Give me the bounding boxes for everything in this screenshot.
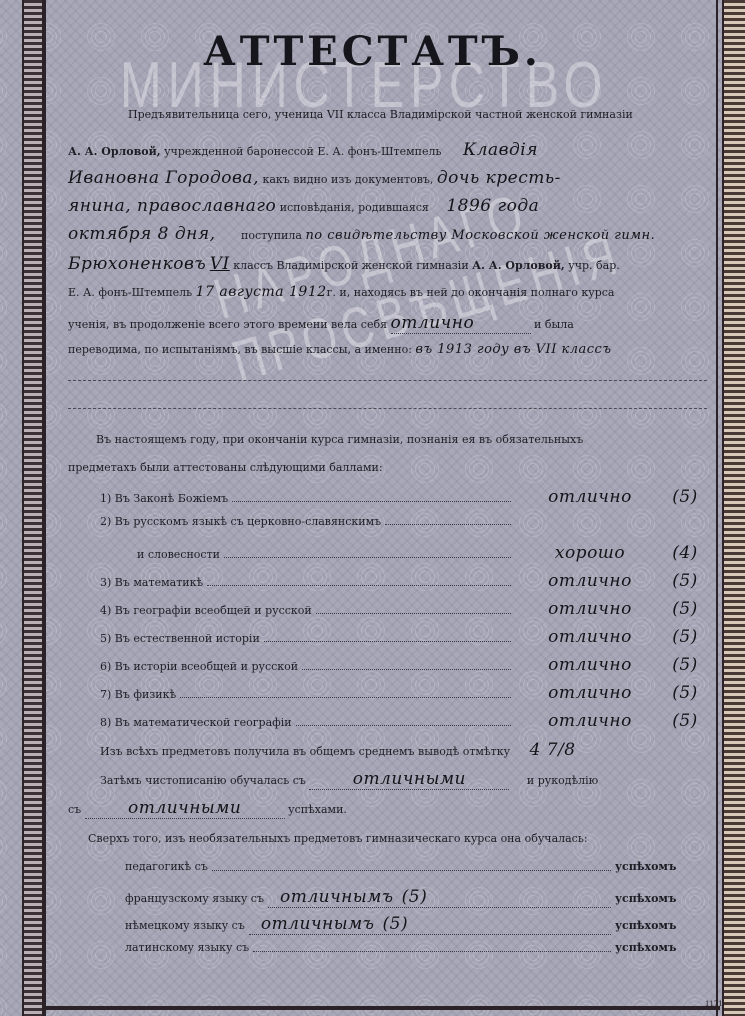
school-founder-2: А. А. Орловой,: [472, 259, 565, 272]
subject-row: 7) Въ физикѣ отлично (5): [100, 683, 705, 703]
optional-value: отличнымъ: [261, 914, 375, 934]
serial-mark: 1171: [705, 1000, 723, 1008]
dotted-leader: [224, 557, 511, 558]
subject-row: 4) Въ географіи всеобщей и русской отлич…: [100, 599, 705, 619]
optional-suffix: успѣхомъ: [615, 860, 675, 873]
grade-score: (5): [665, 683, 705, 703]
dotted-leader: [385, 524, 511, 525]
optional-row: педагогикѣ съ успѣхомъ: [125, 860, 675, 873]
optional-score: (5): [383, 914, 409, 934]
subject-label: 7) Въ физикѣ: [100, 688, 176, 701]
optional-suffix: успѣхомъ: [615, 892, 675, 905]
handicraft-label: и рукодѣлію: [527, 774, 598, 787]
dotted-leader: [207, 585, 511, 586]
school-founder: А. А. Орловой,: [68, 145, 161, 158]
dotted-leader: [316, 613, 511, 614]
blank-rule-1: [68, 380, 707, 381]
optional-label: педагогикѣ съ: [125, 860, 208, 873]
subject-row: 2) Въ русскомъ языкѣ съ церковно-славянс…: [100, 515, 705, 528]
successes-label: успѣхами.: [288, 803, 347, 816]
student-surname: Ивановна Городова,: [68, 168, 259, 188]
dotted-leader: [232, 501, 511, 502]
founder-name: Е. А. фонъ-Штемпель: [68, 286, 192, 299]
promotion-text: переводима, по испытаніямъ, въ высшіе кл…: [68, 343, 412, 356]
grade-word: отлично: [515, 711, 665, 731]
optional-intro: Сверхъ того, изъ необязательныхъ предмет…: [88, 832, 709, 845]
intro-line-6: Брюхоненковъ VI классъ Владимірской женс…: [68, 254, 709, 274]
exams-intro-2: предметахъ были аттестованы слѣдующими б…: [68, 461, 709, 474]
optional-suffix: успѣхомъ: [615, 941, 675, 954]
optional-row: латинскому языку съ успѣхомъ: [125, 941, 675, 954]
birth-day: октября 8 дня,: [68, 224, 216, 244]
subject-label: 5) Въ естественной исторіи: [100, 632, 260, 645]
intro-line-5: октября 8 дня, поступила по свидѣтельств…: [68, 224, 709, 244]
document-title: АТТЕСТАТЪ.: [0, 28, 745, 75]
subject-label: 1) Въ Законѣ Божіемъ: [100, 492, 228, 505]
class-text: классъ Владимірской женской гимназіи: [233, 259, 468, 272]
average-label: Изъ всѣхъ предметовъ получила въ общемъ …: [100, 745, 510, 758]
was-text: и была: [534, 318, 574, 331]
ornamental-border-right: [722, 0, 745, 1016]
intro-text: Предъявительница сего, ученица VII класс…: [128, 108, 633, 121]
intro-line-3: Ивановна Городова, какъ видно изъ докуме…: [68, 168, 709, 188]
dotted-leader: [180, 697, 511, 698]
average-value: 4 7/8: [530, 740, 576, 760]
grade-word: отлично: [515, 683, 665, 703]
grade-score: (5): [665, 487, 705, 507]
conduct-text: ученія, въ продолженіе всего этого време…: [68, 318, 387, 331]
admission-date: 17 августа 1912: [196, 284, 327, 300]
calligraphy-line-2: съ отличными успѣхами.: [68, 798, 709, 819]
grade-word: отлично: [515, 655, 665, 675]
subject-label: 6) Въ исторіи всеобщей и русской: [100, 660, 298, 673]
dotted-leader: [212, 870, 611, 871]
subject-label: 2) Въ русскомъ языкѣ съ церковно-славянс…: [100, 515, 381, 528]
ornamental-border-left: [22, 0, 44, 1016]
handicraft-value: отличными: [85, 798, 285, 819]
religion-text: исповѣданія, родившаяся: [280, 201, 429, 214]
promotion-value: въ 1913 году въ VII классъ: [415, 342, 611, 357]
subject-label: и словесности: [137, 548, 220, 561]
intro-line-8: ученія, въ продолженіе всего этого време…: [68, 313, 709, 334]
conduct-value: отлично: [391, 313, 531, 334]
calligraphy-value: отличными: [309, 769, 509, 790]
border-rule-right: [716, 0, 718, 1016]
enrolled-text: поступила: [241, 229, 302, 242]
optional-row: французскому языку съ отличнымъ (5) успѣ…: [125, 887, 675, 908]
intro-line-9: переводима, по испытаніямъ, въ высшіе кл…: [68, 342, 709, 357]
intro-line-2: А. А. Орловой, учрежденной баронессой Е.…: [68, 140, 709, 160]
subject-row: 8) Въ математической географіи отлично (…: [100, 711, 705, 731]
exams-intro-1: Въ настоящемъ году, при окончаніи курса …: [96, 433, 709, 446]
grade-score: (5): [665, 711, 705, 731]
subject-row: 5) Въ естественной исторіи отлично (5): [100, 627, 705, 647]
optional-value: отличнымъ: [280, 887, 394, 907]
admission-basis: по свидѣтельству Московской женской гимн…: [305, 228, 655, 243]
dotted-leader: отличнымъ (5): [249, 914, 611, 935]
optional-label: французскому языку съ: [125, 892, 264, 905]
grade-score: (4): [665, 543, 705, 563]
founder-abbrev: учр. бар.: [568, 259, 620, 272]
dotted-leader: [264, 641, 511, 642]
founder-text: учрежденной баронессой Е. А. фонъ-Штемпе…: [164, 145, 441, 158]
grade-word: хорошо: [515, 543, 665, 563]
origin-handwritten-a: дочь кресть-: [437, 168, 561, 188]
origin-handwritten-b: янина, православнаго: [68, 196, 276, 216]
optional-suffix: успѣхомъ: [615, 919, 675, 932]
dotted-leader: отличнымъ (5): [268, 887, 611, 908]
calligraphy-label: Затѣмъ чистописанію обучалась съ: [100, 774, 306, 787]
intro-line-7: Е. А. фонъ-Штемпель 17 августа 1912г. и,…: [68, 284, 709, 300]
dotted-leader: [302, 669, 511, 670]
blank-rule-2: [68, 408, 707, 409]
subject-row: 1) Въ Законѣ Божіемъ отлично (5): [100, 487, 705, 507]
calligraphy-line-1: Затѣмъ чистописанію обучалась съ отличны…: [100, 769, 709, 790]
grade-score: (5): [665, 599, 705, 619]
subject-label: 4) Въ географіи всеобщей и русской: [100, 604, 312, 617]
course-text: г. и, находясь въ ней до окончанія полна…: [327, 286, 615, 299]
subject-row: 6) Въ исторіи всеобщей и русской отлично…: [100, 655, 705, 675]
subject-row: и словесности хорошо (4): [137, 543, 705, 563]
grade-word: отлично: [515, 571, 665, 591]
grade-score: (5): [665, 571, 705, 591]
dotted-leader: [296, 725, 511, 726]
grade-score: (5): [665, 655, 705, 675]
subject-label: 3) Въ математикѣ: [100, 576, 203, 589]
intro-line-1: Предъявительница сего, ученица VII класс…: [128, 108, 709, 121]
optional-row: нѣмецкому языку съ отличнымъ (5) успѣхом…: [125, 914, 675, 935]
border-rule-left: [44, 0, 46, 1016]
class-entered: VI: [210, 254, 230, 274]
prior-school: Брюхоненковъ: [68, 254, 206, 274]
intro-line-4: янина, православнаго исповѣданія, родивш…: [68, 196, 709, 216]
grade-word: отлично: [515, 627, 665, 647]
subject-row: 3) Въ математикѣ отлично (5): [100, 571, 705, 591]
optional-label: латинскому языку съ: [125, 941, 249, 954]
documents-text: какъ видно изъ документовъ,: [262, 173, 433, 186]
birth-year: 1896 года: [446, 196, 539, 216]
subject-label: 8) Въ математической географіи: [100, 716, 292, 729]
with-label: съ: [68, 803, 81, 816]
optional-label: нѣмецкому языку съ: [125, 919, 245, 932]
grade-word: отлично: [515, 599, 665, 619]
grade-word: отлично: [515, 487, 665, 507]
dotted-leader: [253, 951, 611, 952]
optional-score: (5): [402, 887, 428, 907]
average-line: Изъ всѣхъ предметовъ получила въ общемъ …: [100, 740, 709, 760]
student-first-name: Клавдія: [463, 140, 538, 160]
grade-score: (5): [665, 627, 705, 647]
border-rule-bottom: [44, 1006, 720, 1010]
